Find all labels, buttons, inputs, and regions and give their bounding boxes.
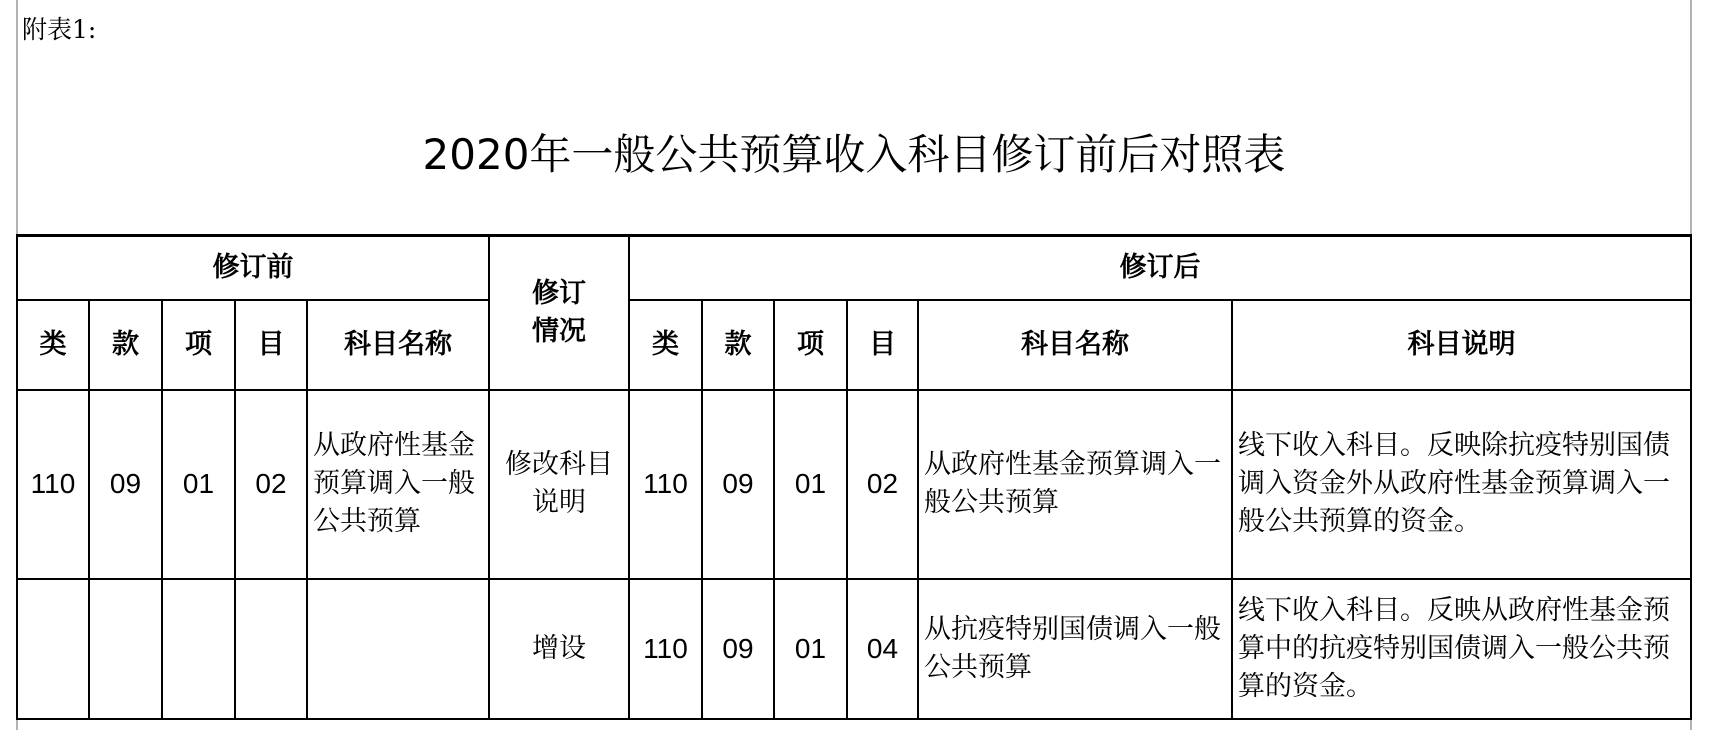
cell-revision: 修改科目说明 xyxy=(489,390,629,579)
col-before-name: 科目名称 xyxy=(307,300,489,390)
cell-after-kuan: 09 xyxy=(702,579,774,719)
cell-after-xiang: 01 xyxy=(774,390,847,579)
cell-before-xiang: 01 xyxy=(162,390,235,579)
cell-after-kuan: 09 xyxy=(702,390,774,579)
cell-after-description: 线下收入科目。反映从政府性基金预算中的抗疫特别国债调入一般公共预算的资金。 xyxy=(1232,579,1691,719)
comparison-table: 修订前 修订 情况 修订后 类 款 项 目 科目名称 类 款 项 目 科目名称 … xyxy=(16,234,1692,720)
cell-after-lei: 110 xyxy=(629,390,702,579)
cell-after-name: 从抗疫特别国债调入一般公共预算 xyxy=(918,579,1232,719)
cell-after-description: 线下收入科目。反映除抗疫特别国债调入资金外从政府性基金预算调入一般公共预算的资金… xyxy=(1232,390,1691,579)
cell-before-mu xyxy=(235,579,307,719)
header-revision-line1: 修订 xyxy=(495,275,623,313)
cell-after-xiang: 01 xyxy=(774,579,847,719)
cell-before-kuan: 09 xyxy=(89,390,162,579)
cell-before-kuan xyxy=(89,579,162,719)
header-revision: 修订 情况 xyxy=(489,236,629,390)
cell-revision: 增设 xyxy=(489,579,629,719)
cell-before-name: 从政府性基金预算调入一般公共预算 xyxy=(307,390,489,579)
page-title: 2020年一般公共预算收入科目修订前后对照表 xyxy=(16,122,1692,182)
col-before-mu: 目 xyxy=(235,300,307,390)
header-after: 修订后 xyxy=(629,236,1691,300)
col-before-kuan: 款 xyxy=(89,300,162,390)
cell-before-lei: 110 xyxy=(17,390,89,579)
cell-before-lei xyxy=(17,579,89,719)
col-before-lei: 类 xyxy=(17,300,89,390)
col-after-mu: 目 xyxy=(847,300,918,390)
cell-after-mu: 02 xyxy=(847,390,918,579)
annex-label: 附表1: xyxy=(22,10,96,46)
table-row: 增设 110 09 01 04 从抗疫特别国债调入一般公共预算 线下收入科目。反… xyxy=(17,579,1691,719)
col-before-xiang: 项 xyxy=(162,300,235,390)
cell-before-mu: 02 xyxy=(235,390,307,579)
col-after-xiang: 项 xyxy=(774,300,847,390)
cell-before-name xyxy=(307,579,489,719)
header-revision-line2: 情况 xyxy=(495,313,623,351)
cell-after-lei: 110 xyxy=(629,579,702,719)
cell-after-mu: 04 xyxy=(847,579,918,719)
col-after-description: 科目说明 xyxy=(1232,300,1691,390)
cell-after-name: 从政府性基金预算调入一般公共预算 xyxy=(918,390,1232,579)
col-after-lei: 类 xyxy=(629,300,702,390)
table-row: 110 09 01 02 从政府性基金预算调入一般公共预算 修改科目说明 110… xyxy=(17,390,1691,579)
col-after-kuan: 款 xyxy=(702,300,774,390)
col-after-name: 科目名称 xyxy=(918,300,1232,390)
cell-before-xiang xyxy=(162,579,235,719)
header-before: 修订前 xyxy=(17,236,489,300)
